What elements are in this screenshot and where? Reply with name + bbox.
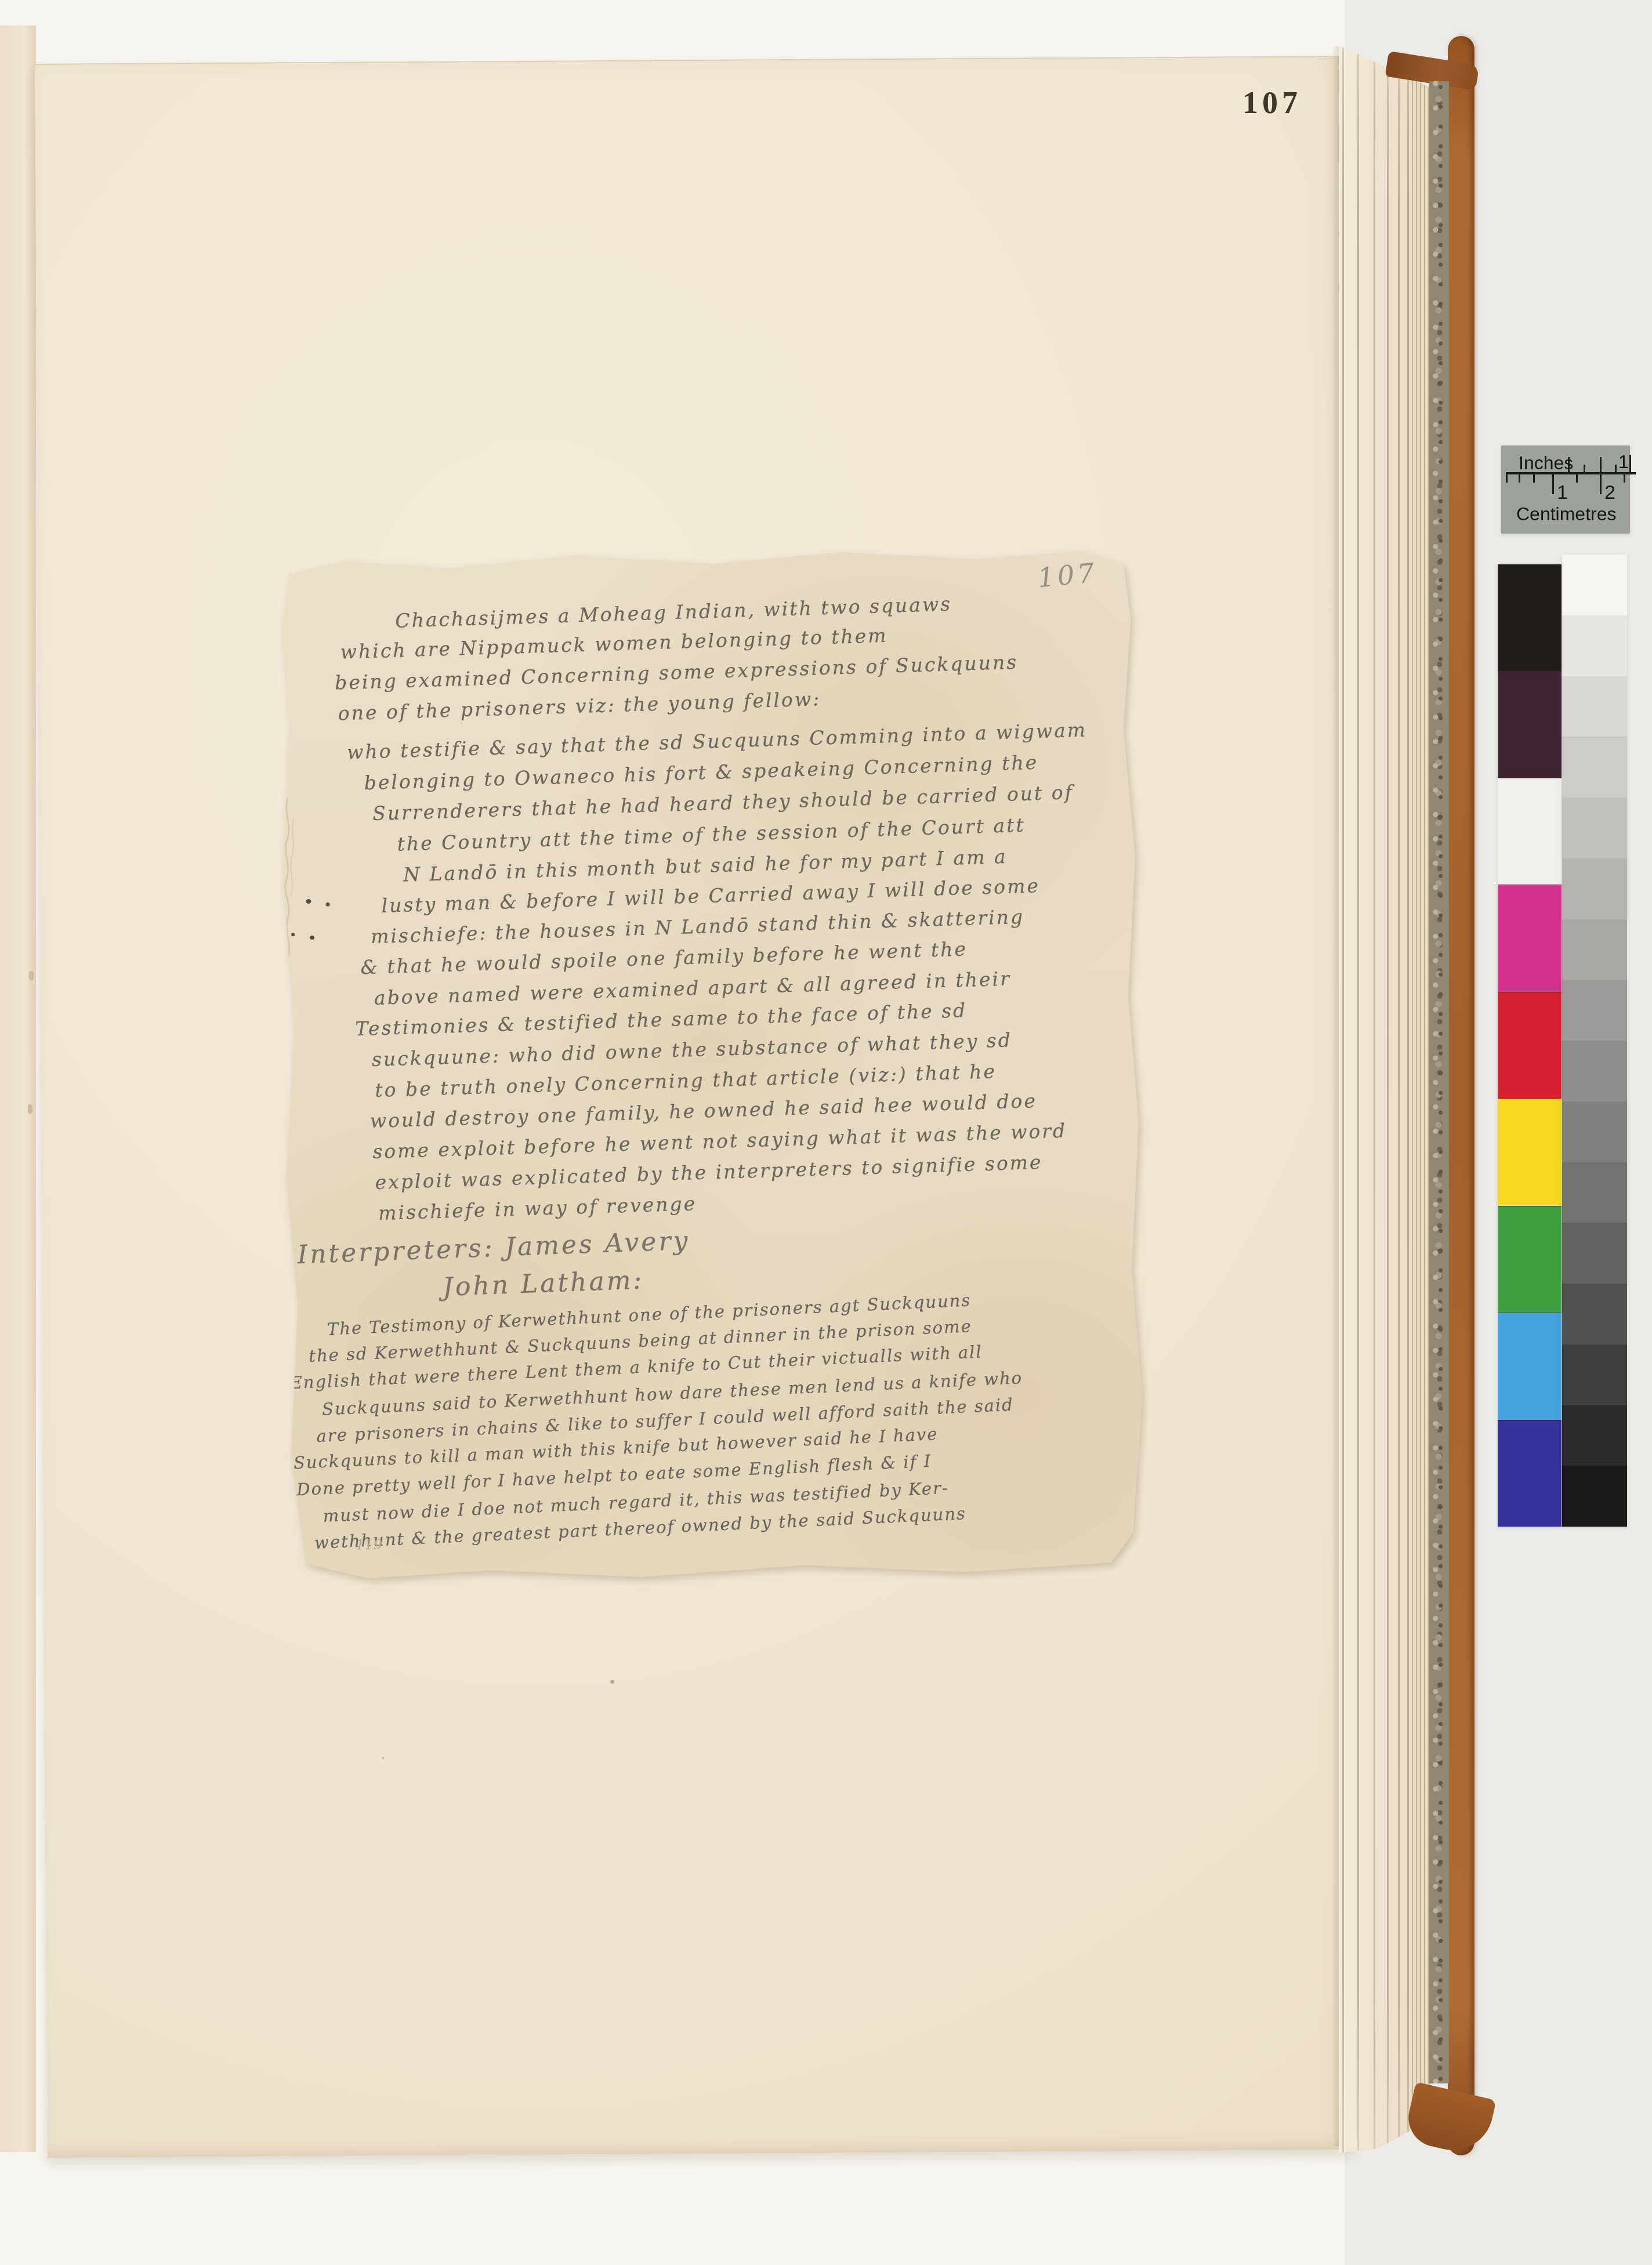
color-patch-black: [1498, 564, 1562, 671]
sewing-nick: [29, 971, 34, 980]
page-edge-ridge: [1387, 37, 1389, 2155]
gray-step-11: [1562, 1162, 1627, 1223]
ink-dot: [306, 899, 311, 904]
inch-tick: [1584, 465, 1585, 472]
page-edge-dense-ridges: [1412, 37, 1432, 2155]
leather-cover-edge: [1448, 36, 1475, 2155]
color-patch-magenta: [1498, 885, 1562, 991]
gray-step-14: [1562, 1344, 1627, 1405]
manuscript-leaf: 107 Chachasijmes a Moheag Indian, with t…: [273, 544, 1147, 1586]
fore-edge-page-stack: [1339, 37, 1432, 2155]
cm-number-1: 1: [1557, 481, 1568, 504]
inch-tick: [1615, 465, 1617, 472]
manuscript-text-block: Chachasijmes a Moheag Indian, with two s…: [314, 599, 1129, 1556]
ink-dot: [310, 936, 314, 940]
gutter-page-edge: [0, 26, 36, 2152]
gray-step-13: [1562, 1284, 1627, 1344]
ruler-baseline: [1506, 472, 1636, 474]
page-edge-ridge: [1398, 37, 1400, 2155]
gray-step-9: [1562, 1041, 1627, 1101]
page-edge-ridge: [1407, 37, 1409, 2155]
color-patch-green: [1498, 1206, 1562, 1313]
marbled-board-edge: [1429, 81, 1449, 2083]
gray-step-10: [1562, 1101, 1627, 1162]
foxing-speck: [610, 1680, 614, 1684]
gray-step-1: [1562, 555, 1627, 615]
gray-step-12: [1562, 1223, 1627, 1284]
inch-tick: [1600, 457, 1602, 472]
inch-number-1: 1: [1618, 451, 1629, 473]
faint-margin-annotation: [276, 795, 301, 986]
grayscale-wedge-column: [1562, 555, 1627, 1527]
cm-tick: [1600, 474, 1602, 494]
page-edge-ridge: [1342, 37, 1344, 2155]
gray-step-7: [1562, 919, 1627, 980]
gray-step-2: [1562, 615, 1627, 676]
gray-step-3: [1562, 676, 1627, 737]
centimetres-label: Centimetres: [1516, 503, 1617, 525]
color-patch-column: [1498, 564, 1562, 1527]
manuscript-leaf-wrapper: 107 Chachasijmes a Moheag Indian, with t…: [277, 548, 1143, 1582]
leather-bottom-corner: [1403, 2082, 1496, 2158]
cm-tick: [1576, 474, 1578, 483]
page-edge-ridge: [1357, 37, 1359, 2155]
gray-step-6: [1562, 858, 1627, 919]
color-patch-red: [1498, 992, 1562, 1099]
gray-step-16: [1562, 1466, 1627, 1527]
cm-tick: [1506, 474, 1508, 483]
inches-label: Inches: [1519, 452, 1573, 474]
page-edge-ridge: [1374, 37, 1375, 2155]
sewing-nick: [28, 1104, 32, 1114]
scale-card: Inches 1 1 2 Centimetres: [1501, 445, 1630, 534]
color-patch-dark-purple: [1498, 671, 1562, 777]
cm-tick: [1624, 474, 1625, 483]
gray-step-8: [1562, 980, 1627, 1041]
gray-step-15: [1562, 1405, 1627, 1466]
cm-tick: [1519, 474, 1520, 483]
printed-page-number: 107: [1242, 85, 1302, 121]
cm-number-2: 2: [1604, 481, 1615, 504]
cm-tick: [1533, 474, 1535, 483]
cm-tick: [1552, 474, 1554, 494]
inch-tick: [1568, 457, 1570, 472]
color-calibration-chart: [1498, 555, 1626, 1527]
color-patch-yellow: [1498, 1099, 1562, 1205]
inch-tick: [1629, 455, 1631, 472]
pencil-number-note: 119: [356, 1536, 382, 1553]
ink-dot: [291, 933, 295, 936]
color-patch-cyan: [1498, 1313, 1562, 1419]
color-patch-white: [1498, 778, 1562, 885]
color-patch-blue: [1498, 1420, 1562, 1527]
photograph-stage: 107 Inches 1 1 2 Centimetres: [0, 0, 1652, 2265]
gray-step-5: [1562, 798, 1627, 858]
foxing-speck: [382, 1756, 385, 1759]
gray-step-4: [1562, 737, 1627, 798]
